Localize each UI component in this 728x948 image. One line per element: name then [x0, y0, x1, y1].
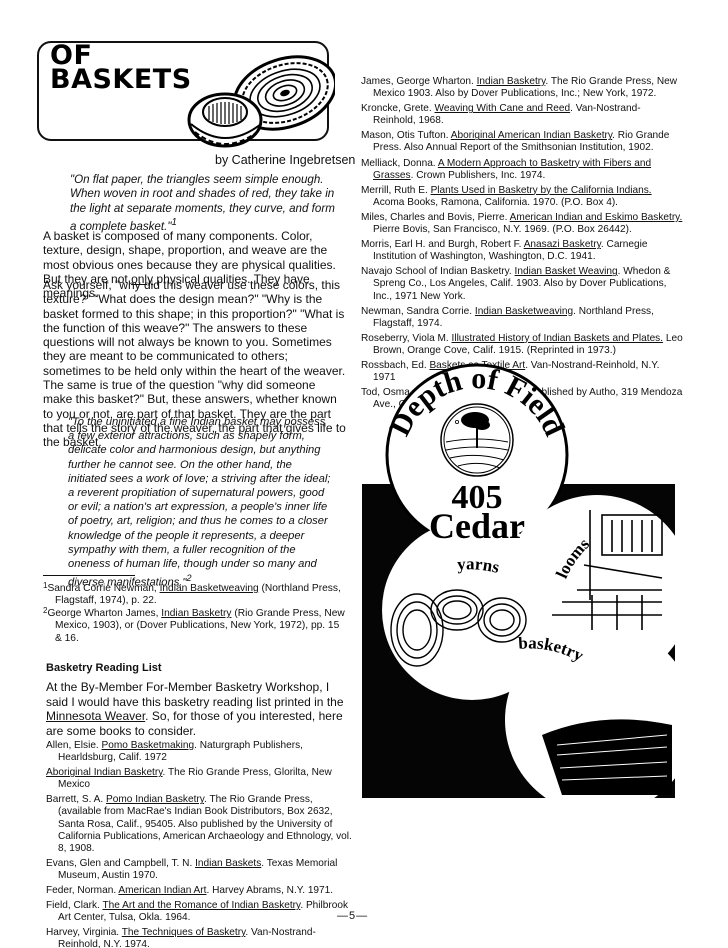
ref-details: . Crown Publishers, Inc. 1974. — [411, 170, 546, 181]
reading-list-intro: At the By-Member For-Member Basketry Wor… — [46, 680, 351, 738]
ref-title: American Indian and Eskimo Basketry. — [510, 212, 683, 223]
ref-title: Pomo Basketmaking — [102, 740, 195, 751]
ref-title: Indian Basketweaving — [475, 306, 573, 317]
footnote-author: George Wharton James, — [47, 608, 161, 619]
intro-text: At the By-Member For-Member Basketry Wor… — [46, 680, 344, 709]
article-title: OF BASKETS — [50, 44, 192, 92]
baskets-illustration-icon — [185, 48, 335, 153]
reference-item: James, George Wharton. Indian Basketry. … — [361, 76, 683, 100]
ref-author: Field, Clark. — [46, 900, 102, 911]
ref-details: Pierre Bovis, San Francisco, N.Y. 1969. … — [373, 224, 632, 235]
footnote-divider — [43, 575, 135, 576]
ref-author: Allen, Elsie. — [46, 740, 102, 751]
footnote-1: 1Sandra Corrie Newman, Indian Basketweav… — [43, 580, 348, 608]
ref-title: Indian Basketry — [477, 76, 546, 87]
footnote-title: Indian Basketweaving — [160, 583, 259, 594]
ref-title: Aboriginal Indian Basketry — [46, 767, 163, 778]
ref-author: Barrett, S. A. — [46, 794, 106, 805]
ref-title: Indian Basket Weaving — [515, 266, 618, 277]
page-number: —5— — [337, 910, 368, 922]
reference-item: Evans, Glen and Campbell, T. N. Indian B… — [46, 858, 358, 882]
footnote-title: Indian Basketry — [161, 608, 231, 619]
ref-title: Plants Used in Basketry by the Californi… — [431, 185, 652, 196]
ref-author: Mason, Otis Tufton. — [361, 130, 451, 141]
reading-list-left: Allen, Elsie. Pomo Basketmaking. Naturgr… — [46, 740, 358, 948]
reference-item: Miles, Charles and Bovis, Pierre. Americ… — [361, 212, 683, 236]
ref-author: Feder, Norman. — [46, 885, 118, 896]
reference-item: Barrett, S. A. Pomo Indian Basketry. The… — [46, 794, 358, 854]
reference-item: Morris, Earl H. and Burgh, Robert F. Ana… — [361, 239, 683, 263]
depth-of-field-advertisement: Depth of Field 405 Cedar looms yarns — [362, 340, 692, 800]
reference-item: Newman, Sandra Corrie. Indian Basketweav… — [361, 306, 683, 330]
ref-title: Indian Baskets — [195, 858, 261, 869]
epigraph-text: "On flat paper, the triangles seem simpl… — [70, 173, 335, 233]
reference-item: Merrill, Ruth E. Plants Used in Basketry… — [361, 185, 683, 209]
ref-author: Morris, Earl H. and Burgh, Robert F. — [361, 239, 524, 250]
ref-title: Pomo Indian Basketry — [106, 794, 204, 805]
reference-item: Field, Clark. The Art and the Romance of… — [46, 900, 358, 924]
ref-author: Melliack, Donna. — [361, 158, 438, 169]
footnote-author: Sandra Corrie Newman, — [47, 583, 159, 594]
ref-title: Weaving With Cane and Reed — [435, 103, 571, 114]
reference-item: Harvey, Virginia. The Techniques of Bask… — [46, 927, 358, 948]
ref-title: Anasazi Basketry — [524, 239, 601, 250]
reference-item: Aboriginal Indian Basketry. The Rio Gran… — [46, 767, 358, 791]
section-heading: Basketry Reading List — [46, 662, 162, 674]
svg-text:Cedar: Cedar — [429, 506, 525, 546]
ref-author: Merrill, Ruth E. — [361, 185, 431, 196]
ref-details: Acoma Books, Ramona, California. 1970. (… — [373, 197, 618, 208]
publication-title: Minnesota Weaver — [46, 709, 145, 723]
epigraph-quote: "On flat paper, the triangles seem simpl… — [70, 173, 340, 234]
block-quote-text: "To the uninitiated a fine Indian basket… — [68, 416, 330, 589]
footnote-2: 2George Wharton James, Indian Basketry (… — [43, 605, 348, 645]
ref-title: The Art and the Romance of Indian Basket… — [102, 900, 300, 911]
ref-title: American Indian Art — [118, 885, 206, 896]
basket-photo-icon — [542, 719, 672, 795]
ref-author: Navajo School of Indian Basketry. — [361, 266, 515, 277]
ref-details: . Harvey Abrams, N.Y. 1971. — [206, 885, 333, 896]
block-quote: "To the uninitiated a fine Indian basket… — [68, 415, 333, 590]
reference-item: Melliack, Donna. A Modern Approach to Ba… — [361, 158, 683, 182]
footnote-marker: 1 — [171, 217, 176, 228]
byline: by Catherine Ingebretsen — [215, 153, 355, 167]
reference-item: Kroncke, Grete. Weaving With Cane and Re… — [361, 103, 683, 127]
ref-author: Evans, Glen and Campbell, T. N. — [46, 858, 195, 869]
ref-author: James, George Wharton. — [361, 76, 477, 87]
ref-author: Harvey, Virginia. — [46, 927, 122, 938]
reference-item: Navajo School of Indian Basketry. Indian… — [361, 266, 683, 302]
reference-item: Allen, Elsie. Pomo Basketmaking. Naturgr… — [46, 740, 358, 764]
ref-title: The Techniques of Basketry — [122, 927, 246, 938]
ref-author: Kroncke, Grete. — [361, 103, 435, 114]
ref-author: Newman, Sandra Corrie. — [361, 306, 475, 317]
reference-item: Feder, Norman. American Indian Art. Harv… — [46, 885, 358, 897]
reference-item: Mason, Otis Tufton. Aboriginal American … — [361, 130, 683, 154]
ref-author: Miles, Charles and Bovis, Pierre. — [361, 212, 510, 223]
ref-title: Aboriginal American Indian Basketry — [451, 130, 612, 141]
title-line-2: BASKETS — [50, 68, 192, 92]
